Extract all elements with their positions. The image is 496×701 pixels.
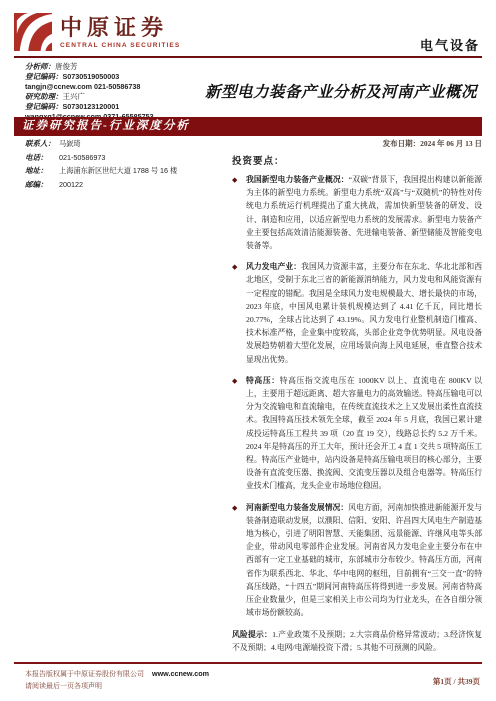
analyst-line: 分析师：唐俊芳 xyxy=(25,62,225,72)
analyst-reg-code: S0730519050003 xyxy=(63,72,120,81)
assistant-reg-line: 登记编码：S0730123120001 xyxy=(25,102,225,112)
footer-website-link[interactable]: www.ccnew.com xyxy=(152,669,209,678)
contact-phone-label: 电话： xyxy=(25,153,59,162)
contact-phone-value: 021-50586973 xyxy=(59,153,105,162)
diamond-bullet-icon: ◆ xyxy=(232,503,237,513)
highlight-lead: 特高压： xyxy=(246,376,280,385)
investment-highlights-heading: 投资要点： xyxy=(232,153,482,167)
highlight-bullet-uhv: ◆ 特高压：特高压指交流电压在 1000KV 以上、直流电在 800KV 以上，… xyxy=(232,374,482,493)
highlight-body: 风电方面，河南加快推进新能源开发与装备制造联动发展，以濮阳、信阳、安阳、许昌四大… xyxy=(246,503,482,618)
industry-tag: 电气设备 xyxy=(420,35,480,54)
assistant-label: 研究助理： xyxy=(25,92,63,101)
contact-row-person: 联系人：马嶔琦 xyxy=(25,139,220,148)
report-page: 中原证券 CENTRAL CHINA SECURITIES 电气设备 分析师：唐… xyxy=(0,0,496,701)
analyst-info-block: 分析师：唐俊芳 登记编码：S0730519050003 tangjn@ccnew… xyxy=(25,62,225,122)
analyst-contact[interactable]: tangjn@ccnew.com 021-50586738 xyxy=(25,82,225,92)
contact-zipcode-value: 200122 xyxy=(59,180,83,189)
report-title: 新型电力装备产业分析及河南产业概况 xyxy=(200,80,482,102)
publish-date: 发布日期：2024 年 06 月 13 日 xyxy=(232,139,482,148)
diamond-bullet-icon: ◆ xyxy=(232,175,237,185)
highlight-text: 特高压：特高压指交流电压在 1000KV 以上、直流电在 800KV 以上，主要… xyxy=(246,374,482,493)
highlight-bullet-industry-overview: ◆ 我国新型电力装备产业概况：“双碳”背景下，我国提出构建以新能源为主体的新型电… xyxy=(232,173,482,252)
risk-text: 风险提示：1.产业政策不及预期；2.大宗商品价格异常波动；3.经济恢复不及预期；… xyxy=(232,628,482,654)
analyst-name: 唐俊芳 xyxy=(55,62,78,71)
publish-date-value: 2024 年 06 月 13 日 xyxy=(420,139,482,148)
analyst-reg-label: 登记编码： xyxy=(25,72,63,81)
highlight-text: 我国新型电力装备产业概况：“双碳”背景下，我国提出构建以新能源为主体的新型电力系… xyxy=(246,173,482,252)
report-type-banner: 证券研究报告-行业深度分析 xyxy=(14,117,482,136)
assistant-reg-label: 登记编码： xyxy=(25,102,63,111)
company-logo: 中原证券 CENTRAL CHINA SECURITIES xyxy=(14,13,180,51)
highlight-lead: 风力发电产业： xyxy=(246,262,301,271)
contact-block: 联系人：马嶔琦 电话：021-50586973 地址：上海浦东新区世纪大道 17… xyxy=(25,139,220,193)
analyst-reg-line: 登记编码：S0730519050003 xyxy=(25,72,225,82)
highlight-bullet-henan: ◆ 河南新型电力装备发展情况：风电方面，河南加快推进新能源开发与装备制造联动发展… xyxy=(232,501,482,620)
highlight-body: 我国风力资源丰富，主要分布在东北、华北北部和西北地区，受制于东北三省的新能源消纳… xyxy=(246,262,482,363)
assistant-reg-code: S0730123120001 xyxy=(63,102,120,111)
highlight-text: 河南新型电力装备发展情况：风电方面，河南加快推进新能源开发与装备制造联动发展，以… xyxy=(246,501,482,620)
footer-left-block: 本报告版权属于中原证券股份有限公司www.ccnew.com 请阅读最后一页各项… xyxy=(25,668,209,692)
contact-address-label: 地址： xyxy=(25,166,59,175)
assistant-name: 王兴广 xyxy=(63,92,86,101)
contact-address-value: 上海浦东新区世纪大道 1788 号 16 楼 xyxy=(59,166,177,175)
company-logo-icon xyxy=(14,13,52,51)
footer-copyright: 本报告版权属于中原证券股份有限公司 xyxy=(25,670,144,678)
footer-disclaimer: 请阅读最后一页各项声明 xyxy=(25,680,209,692)
publish-date-label: 发布日期： xyxy=(383,139,421,148)
contact-row-zipcode: 邮编：200122 xyxy=(25,180,220,189)
highlight-bullet-wind-power: ◆ 风力发电产业：我国风力资源丰富，主要分布在东北、华北北部和西北地区，受制于东… xyxy=(232,260,482,366)
diamond-bullet-icon: ◆ xyxy=(232,376,237,386)
highlight-lead: 河南新型电力装备发展情况： xyxy=(246,503,348,512)
contact-person-label: 联系人： xyxy=(25,139,59,148)
contact-row-phone: 电话：021-50586973 xyxy=(25,153,220,162)
risk-warning: 风险提示：1.产业政策不及预期；2.大宗商品价格异常波动；3.经济恢复不及预期；… xyxy=(232,628,482,654)
diamond-bullet-icon: ◆ xyxy=(232,262,237,272)
footer-divider xyxy=(14,662,482,664)
contact-zipcode-label: 邮编： xyxy=(25,180,59,189)
header-divider xyxy=(14,56,482,58)
main-content: 发布日期：2024 年 06 月 13 日 投资要点： ◆ 我国新型电力装备产业… xyxy=(232,139,482,654)
highlight-lead: 我国新型电力装备产业概况： xyxy=(246,175,349,184)
assistant-line: 研究助理：王兴广 xyxy=(25,92,225,102)
contact-person-value: 马嶔琦 xyxy=(59,139,81,148)
company-logo-text: 中原证券 CENTRAL CHINA SECURITIES xyxy=(60,13,180,49)
risk-lead: 风险提示： xyxy=(232,630,272,639)
highlight-text: 风力发电产业：我国风力资源丰富，主要分布在东北、华北北部和西北地区，受制于东北三… xyxy=(246,260,482,366)
company-name-en: CENTRAL CHINA SECURITIES xyxy=(60,42,180,49)
highlight-body: “双碳”背景下，我国提出构建以新能源为主体的新型电力系统。新型电力系统“双高”与… xyxy=(246,175,482,250)
analyst-label: 分析师： xyxy=(25,62,55,71)
contact-row-address: 地址：上海浦东新区世纪大道 1788 号 16 楼 xyxy=(25,166,220,175)
footer-copyright-line: 本报告版权属于中原证券股份有限公司www.ccnew.com xyxy=(25,668,209,680)
footer-page-number: 第1页 / 共39页 xyxy=(433,676,480,687)
company-name-cn: 中原证券 xyxy=(60,16,180,40)
highlight-body: 特高压指交流电压在 1000KV 以上、直流电在 800KV 以上，主要用于超远… xyxy=(246,376,482,491)
